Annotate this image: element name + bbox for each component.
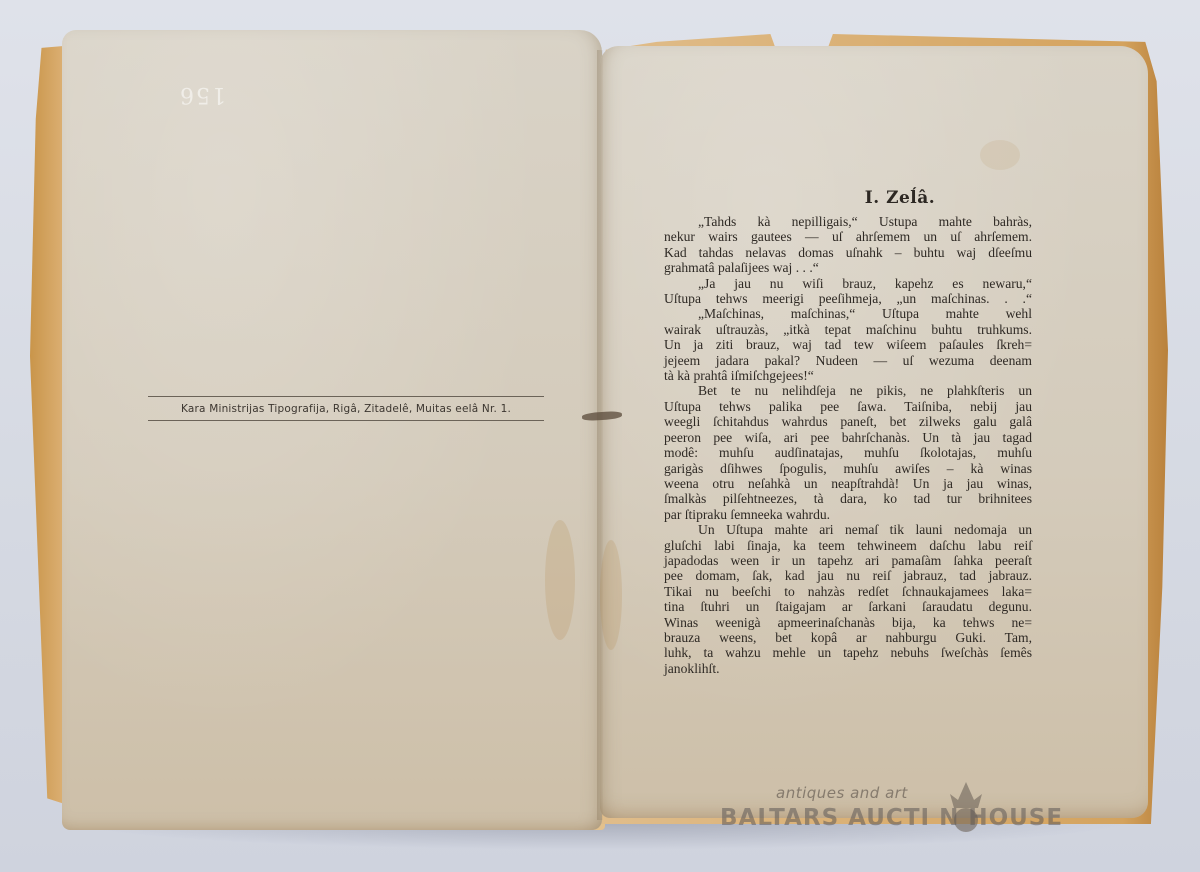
text-line: luhk, ta wahzu mehle un tapehz nebuhs ſw… xyxy=(664,645,1032,660)
text-line: Bet te nu nelihdſeja ne pikis, ne plahkſ… xyxy=(664,383,1032,398)
text-line: weegli ſchitahdus wahrdus paneſt, bet zi… xyxy=(664,414,1032,429)
text-line: brauza weens, bet kopâ ar nahburgu Guki.… xyxy=(664,630,1032,645)
text-line: „Tahds kà nepilligais,“ Ustupa mahte bah… xyxy=(664,214,1032,229)
left-page xyxy=(62,30,602,830)
text-line: pee domam, ſak, kad jau nu reiſ jabrauz,… xyxy=(664,568,1032,583)
text-line: Uſtupa tehws meerigi peeſihmeja, „un maſ… xyxy=(664,291,1032,306)
text-line: nekur wairs gautees — uſ ahrſemem un uſ … xyxy=(664,229,1032,244)
text-line: gluſchi labi ſinaja, ka teem tehwineem d… xyxy=(664,538,1032,553)
printer-imprint: Kara Ministrijas Tipografija, Rigâ, Zita… xyxy=(148,396,544,421)
text-line: grahmatâ palaſijees waj . . .“ xyxy=(664,260,1032,275)
paper-stain xyxy=(600,540,622,650)
text-line: Uſtupa tehws palika pee ſawa. Taiſniba, … xyxy=(664,399,1032,414)
paper-stain xyxy=(980,140,1020,170)
text-line: „Maſchinas, maſchinas,“ Uſtupa mahte weh… xyxy=(664,306,1032,321)
text-line: japadodas ween ir un tapehz ari pamaſàm … xyxy=(664,553,1032,568)
chapter-title: I. Zeĺâ. xyxy=(660,188,1140,208)
text-line: wairak uſtrauzàs, „itkà tepat maſchinu b… xyxy=(664,322,1032,337)
text-line: „Ja jau nu wiſi brauz, kapehz es newaru,… xyxy=(664,276,1032,291)
text-line: Un Uſtupa mahte ari nemaſ tik launi nedo… xyxy=(664,522,1032,537)
book-gutter xyxy=(597,50,603,820)
paper-stain xyxy=(545,520,575,640)
text-line: modê: muhſu audſinatajas, muhſu ſkolotaj… xyxy=(664,445,1032,460)
text-line: weena otru neſahkà un neapſtrahdà! Un ja… xyxy=(664,476,1032,491)
text-line: tina ſtuhri un ſtaigajam ar ſarkani ſara… xyxy=(664,599,1032,614)
text-line: Winas weenigà apmeerinaſchanàs bija, ka … xyxy=(664,615,1032,630)
text-line: peeron pee wiſa, ari pee bahrſchanàs. Un… xyxy=(664,430,1032,445)
text-line: ſmalkàs pilſehtneezes, tà dara, ko tad t… xyxy=(664,491,1032,506)
text-line: jejeem jadara pakal? Nudeen — uſ wezuma … xyxy=(664,353,1032,368)
text-line: tà kà prahtâ iſmiſchgejees!“ xyxy=(664,368,1032,383)
embossed-page-number: 156 xyxy=(178,82,226,107)
text-line: garigàs dſihwes ſpogulis, muhſu awiſes –… xyxy=(664,461,1032,476)
text-line: Kad tahdas nelavas domas uſnahk – buhtu … xyxy=(664,245,1032,260)
text-line: Tikai nu beeſchi to nahzàs redſet ſchnau… xyxy=(664,584,1032,599)
text-line: par ſtipraku ſemneeka wahrdu. xyxy=(664,507,1032,522)
text-line: Un ja ziti brauz, waj tad tew wiſeem paſ… xyxy=(664,337,1032,352)
chapter-body: „Tahds kà nepilligais,“ Ustupa mahte bah… xyxy=(664,214,1032,676)
text-line: janoklihſt. xyxy=(664,661,1032,676)
